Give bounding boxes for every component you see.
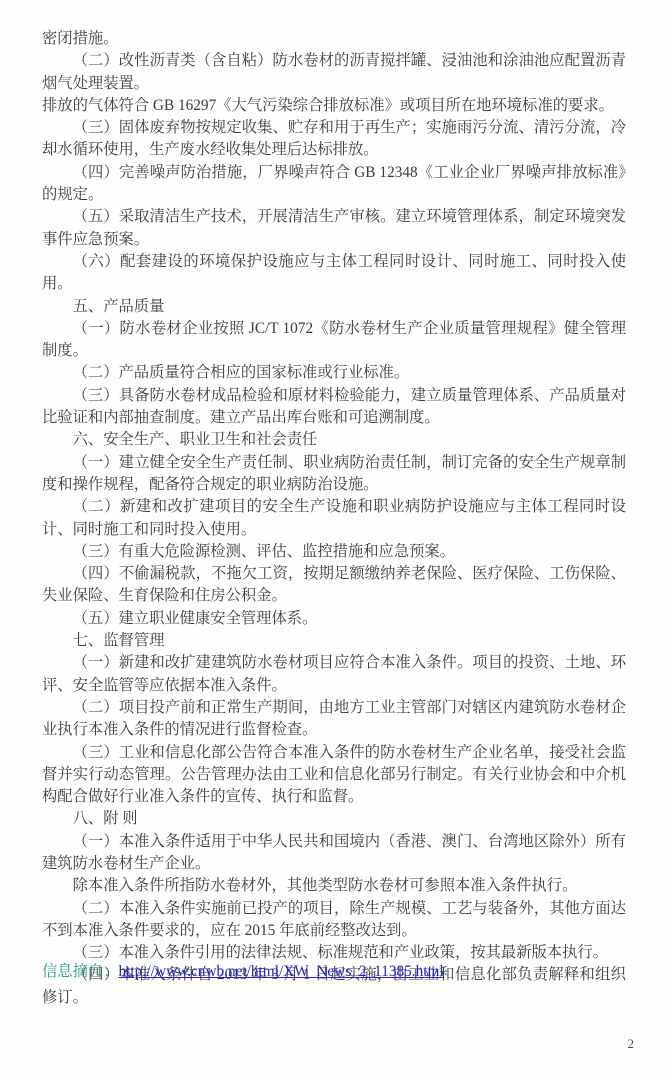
- paragraph: （二）改性沥青类（含自粘）防水卷材的沥青搅拌罐、浸油池和涂油池应配置沥青烟气处理…: [42, 50, 626, 95]
- paragraph: （三）具备防水卷材成品检验和原材料检验能力，建立质量管理体系、产品质量对比验证和…: [42, 385, 626, 430]
- paragraph: （六）配套建设的环境保护设施应与主体工程同时设计、同时施工、同时投入使用。: [42, 251, 626, 296]
- source-link[interactable]: http://www.cnwb.net/html/XW_News_2_11385…: [119, 963, 444, 980]
- paragraph: 除本准入条件所指防水卷材外，其他类型防水卷材可参照本准入条件执行。: [42, 875, 626, 897]
- paragraph: （五）建立职业健康安全管理体系。: [42, 608, 626, 630]
- paragraph: （四）完善噪声防治措施，厂界噪声符合 GB 12348《工业企业厂界噪声排放标准…: [42, 162, 626, 207]
- source-line: 信息摘自：http://www.cnwb.net/html/XW_News_2_…: [42, 960, 444, 984]
- paragraph: （二）产品质量符合相应的国家标准或行业标准。: [42, 362, 626, 384]
- paragraph: （四）不偷漏税款，不拖欠工资，按期足额缴纳养老保险、医疗保险、工伤保险、失业保险…: [42, 563, 626, 608]
- paragraph: （三）工业和信息化部公告符合本准入条件的防水卷材生产企业名单，接受社会监督并实行…: [42, 742, 626, 809]
- paragraph: （三）有重大危险源检测、评估、监控措施和应急预案。: [42, 541, 626, 563]
- source-label: 信息摘自：: [42, 963, 119, 980]
- paragraph: （三）固体废弃物按规定收集、贮存和用于再生产；实施雨污分流、清污分流，冷却水循环…: [42, 117, 626, 162]
- paragraph: （一）本准入条件适用于中华人民共和国境内（香港、澳门、台湾地区除外）所有建筑防水…: [42, 831, 626, 876]
- section-heading: 七、监督管理: [42, 630, 626, 652]
- paragraph: （二）项目投产前和正常生产期间，由地方工业主管部门对辖区内建筑防水卷材企业执行本…: [42, 697, 626, 742]
- section-heading: 八、附 则: [42, 808, 626, 830]
- section-heading: 六、安全生产、职业卫生和社会责任: [42, 429, 626, 451]
- paragraph: （一）新建和改扩建建筑防水卷材项目应符合本准入条件。项目的投资、土地、环评、安全…: [42, 652, 626, 697]
- paragraph: （一）防水卷材企业按照 JC/T 1072《防水卷材生产企业质量管理规程》健全管…: [42, 318, 626, 363]
- paragraph: （二）新建和改扩建项目的安全生产设施和职业病防护设施应与主体工程同时设计、同时施…: [42, 496, 626, 541]
- paragraph: （二）本准入条件实施前已投产的项目，除生产规模、工艺与装备外，其他方面达不到本准…: [42, 898, 626, 943]
- section-heading: 五、产品质量: [42, 296, 626, 318]
- paragraph: （五）采取清洁生产技术，开展清洁生产审核。建立环境管理体系，制定环境突发事件应急…: [42, 206, 626, 251]
- paragraph: 密闭措施。: [42, 28, 626, 50]
- page-number: 2: [628, 1036, 635, 1052]
- document-body: 密闭措施。 （二）改性沥青类（含自粘）防水卷材的沥青搅拌罐、浸油池和涂油池应配置…: [42, 28, 626, 1009]
- paragraph: 排放的气体符合 GB 16297《大气污染综合排放标准》或项目所在地环境标准的要…: [42, 95, 626, 117]
- paragraph: （一）建立健全安全生产责任制、职业病防治责任制，制订完备的安全生产规章制度和操作…: [42, 452, 626, 497]
- document-page: 密闭措施。 （二）改性沥青类（含自粘）防水卷材的沥青搅拌罐、浸油池和涂油池应配置…: [0, 0, 670, 1080]
